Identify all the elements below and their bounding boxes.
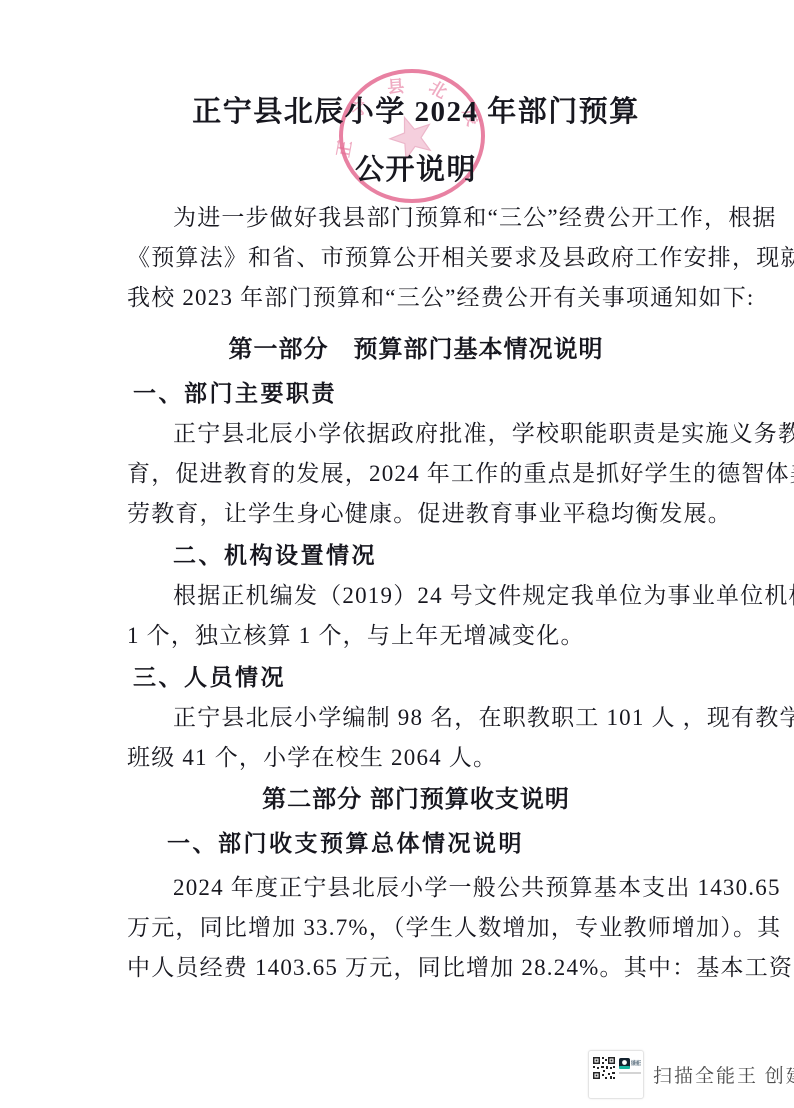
- badge-brand-text: 扫描全能王: [631, 1059, 641, 1067]
- part1-heading: 第一部分 预算部门基本情况说明: [127, 330, 705, 370]
- document-body: 正宁县北辰小学 2024 年部门预算 公开说明 为进一步做好我县部门预算和“三公…: [127, 92, 705, 988]
- part1-section1-line: 正宁县北辰小学依据政府批准，学校职能职责是实施义务教: [127, 414, 705, 454]
- camscanner-logo-icon: [619, 1058, 630, 1069]
- intro-paragraph-line: 为进一步做好我县部门预算和“三公”经费公开工作，根据: [127, 198, 705, 238]
- part2-heading: 第二部分 部门预算收支说明: [127, 780, 705, 820]
- intro-paragraph-line: 我校 2023 年部门预算和“三公”经费公开有关事项通知如下:: [127, 278, 705, 318]
- part2-section1-heading: 一、部门收支预算总体情况说明: [127, 824, 705, 864]
- part1-section2-line: 1 个，独立核算 1 个，与上年无增减变化。: [127, 616, 705, 656]
- part1-section3-heading: 三、人员情况: [127, 658, 705, 698]
- document-title-line2: 公开说明: [127, 150, 705, 190]
- part1-section2-line: 根据正机编发（2019）24 号文件规定我单位为事业单位机构: [127, 576, 705, 616]
- intro-paragraph-line: 《预算法》和省、市预算公开相关要求及县政府工作安排，现就: [127, 238, 705, 278]
- part1-section3-line: 班级 41 个，小学在校生 2064 人。: [127, 738, 705, 778]
- camscanner-watermark: 扫描全能王 扫描全能王 创建: [588, 1050, 794, 1099]
- part2-section1-line: 万元，同比增加 33.7%，（学生人数增加，专业教师增加）。其: [127, 908, 705, 948]
- watermark-label: 扫描全能王 创建: [653, 1061, 794, 1088]
- part1-section3-line: 正宁县北辰小学编制 98 名，在职教职工 101 人 ，现有教学: [127, 698, 705, 738]
- part1-section2-heading: 二、机构设置情况: [127, 536, 705, 576]
- qr-code-icon: [593, 1057, 615, 1079]
- part1-section1-heading: 一、部门主要职责: [127, 374, 705, 414]
- scanned-document-page: 正宁县北辰小学 正宁县北辰小学 2024 年部门预算 公开说明 为进一步做好我县…: [0, 0, 794, 1108]
- camscanner-badge: 扫描全能王: [588, 1050, 644, 1099]
- part1-section1-line: 育，促进教育的发展，2024 年工作的重点是抓好学生的德智体美: [127, 454, 705, 494]
- document-title-line1: 正宁县北辰小学 2024 年部门预算: [127, 92, 705, 132]
- badge-fineprint-bar: [619, 1072, 641, 1074]
- part1-section1-line: 劳教育，让学生身心健康。促进教育事业平稳均衡发展。: [127, 494, 705, 534]
- part2-section1-line: 2024 年度正宁县北辰小学一般公共预算基本支出 1430.65: [127, 868, 705, 908]
- part2-section1-line: 中人员经费 1403.65 万元，同比增加 28.24%。其中：基本工资: [127, 948, 705, 988]
